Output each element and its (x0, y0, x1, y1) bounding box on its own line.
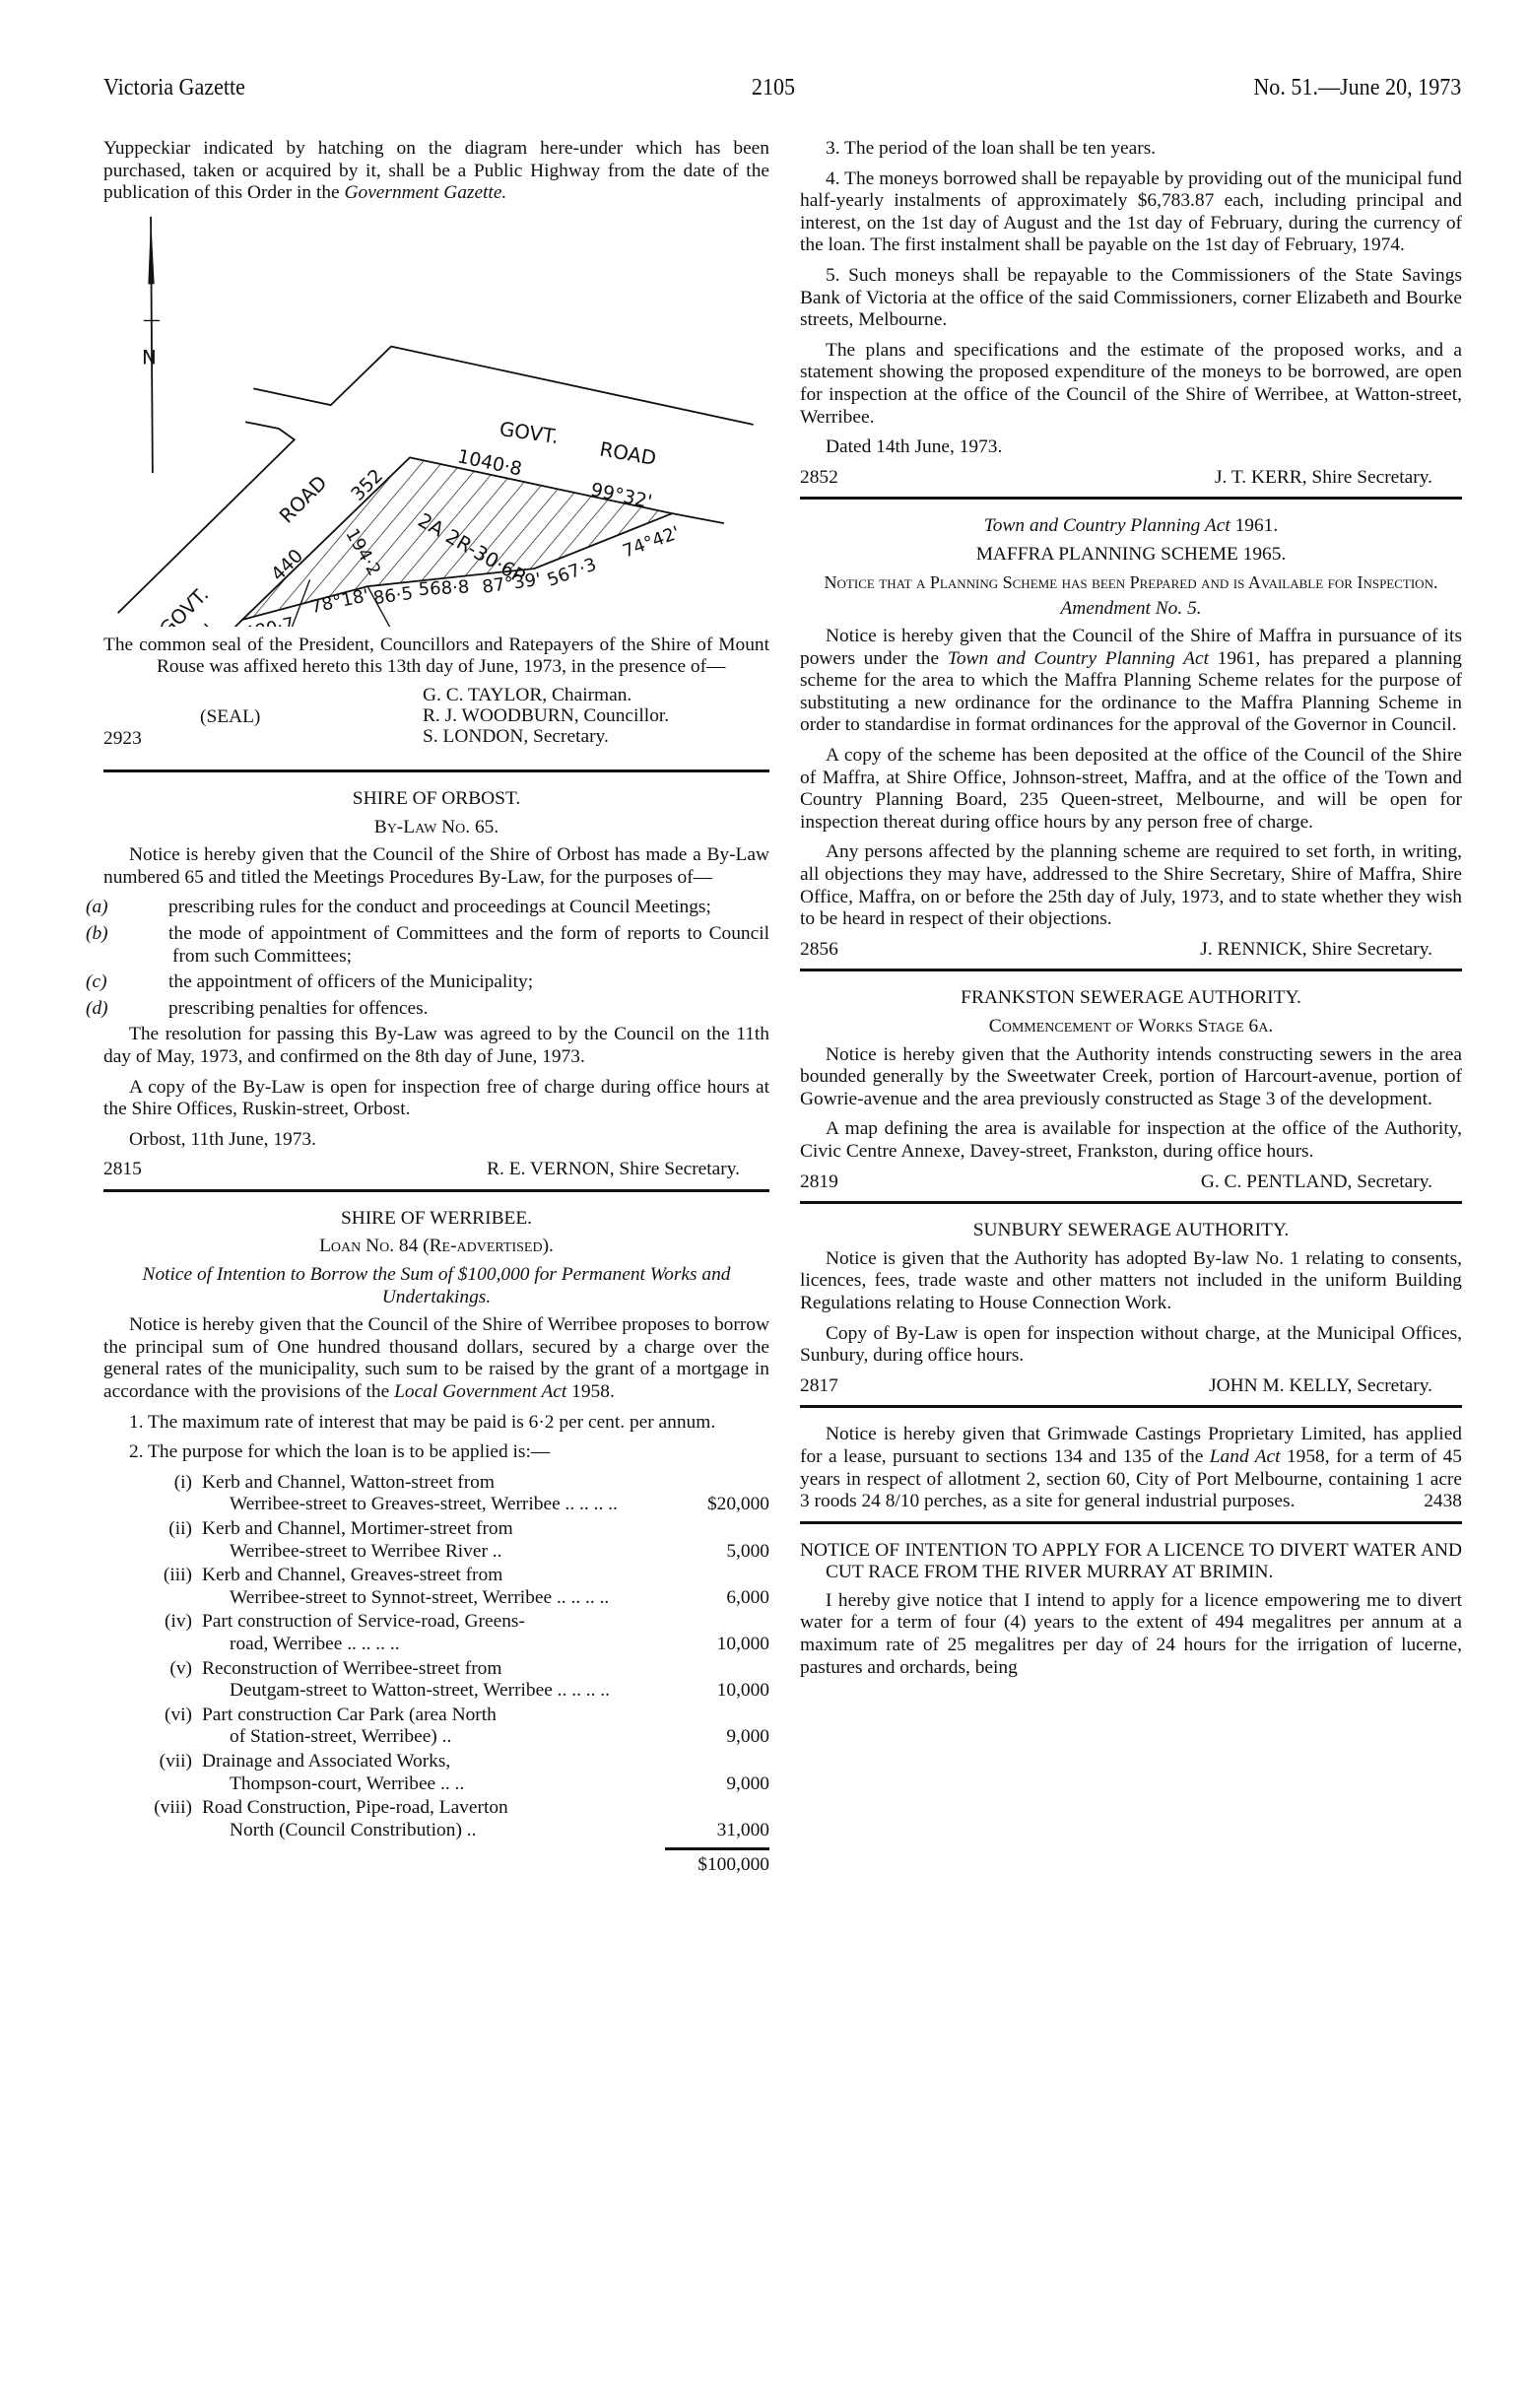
item-number: (ii) (103, 1518, 202, 1563)
notice-number: 2856 (800, 939, 838, 962)
left-column: Yuppeckiar indicated by hatching on the … (103, 138, 769, 1877)
section-divider (800, 497, 1462, 500)
list-item: (c)the appointment of officers of the Mu… (103, 971, 769, 994)
signatory: J. RENNICK, Shire Secretary. (1200, 939, 1432, 962)
item-amount: 6,000 (665, 1587, 769, 1610)
notice-subtitle: By-Law No. 65. (103, 817, 769, 839)
item-description: Kerb and Channel, Mortimer-street fromWe… (202, 1518, 665, 1563)
notice-subtitle: Loan No. 84 (Re-advertised). (103, 1236, 769, 1258)
loan-item-row: (viii)Road Construction, Pipe-road, Lave… (103, 1797, 769, 1841)
item-amount: 10,000 (665, 1680, 769, 1703)
north-arrow-icon: N (142, 217, 160, 473)
notice-paragraph: Notice is hereby given that the Council … (103, 1314, 769, 1403)
loan-item-row: (i)Kerb and Channel, Watton-street fromW… (103, 1472, 769, 1516)
notice-title: SHIRE OF WERRIBEE. (103, 1208, 769, 1231)
notice-number: 2852 (800, 467, 838, 490)
survey-plan-svg: N GOVT. ROAD ROAD GOVT. 54°28' 1040·8 99… (79, 213, 768, 627)
item-number: (vi) (103, 1705, 202, 1749)
seal-mark: (SEAL) (200, 706, 260, 729)
item-amount: 5,000 (665, 1541, 769, 1564)
signature-line: 2852 J. T. KERR, Shire Secretary. (800, 467, 1462, 490)
svg-text:ROAD: ROAD (275, 471, 331, 527)
item-number: (iii) (103, 1565, 202, 1609)
signature-line: 2817 JOHN M. KELLY, Secretary. (800, 1375, 1462, 1398)
section-divider (800, 1405, 1462, 1408)
item-number: (iv) (103, 1611, 202, 1655)
svg-text:N: N (142, 346, 157, 368)
item-description: Kerb and Channel, Greaves-street fromWer… (202, 1565, 665, 1609)
notice-subtitle: Notice that a Planning Scheme has been P… (800, 572, 1462, 592)
notice-paragraph: Notice is hereby given that the Council … (103, 844, 769, 889)
item-number: (i) (103, 1472, 202, 1516)
svg-text:GOVT.: GOVT. (499, 418, 561, 448)
section-divider (800, 969, 1462, 971)
notice-number: 2923 (103, 728, 142, 751)
amendment-label: Amendment No. 5. (800, 598, 1462, 621)
notice-paragraph: A copy of the scheme has been deposited … (800, 745, 1462, 834)
notice-heading: Notice of Intention to Borrow the Sum of… (103, 1264, 769, 1308)
notice-subtitle: Commencement of Works Stage 6a. (800, 1016, 1462, 1038)
notice-paragraph: A map defining the area is available for… (800, 1118, 1462, 1163)
right-column: 3. The period of the loan shall be ten y… (800, 138, 1462, 1687)
section-divider (103, 769, 769, 772)
item-number: (v) (103, 1658, 202, 1703)
item-description: Kerb and Channel, Watton-street fromWerr… (202, 1472, 665, 1516)
loan-item-row: (v)Reconstruction of Werribee-street fro… (103, 1658, 769, 1703)
item-description: Reconstruction of Werribee-street fromDe… (202, 1658, 665, 1703)
section-divider (800, 1201, 1462, 1204)
signatory: R. J. WOODBURN, Councillor. (423, 705, 669, 726)
notice-title: NOTICE OF INTENTION TO APPLY FOR A LICEN… (800, 1540, 1462, 1584)
item-description: Road Construction, Pipe-road, LavertonNo… (202, 1797, 665, 1841)
item-amount: 9,000 (665, 1773, 769, 1796)
notice-paragraph: Notice is given that the Authority has a… (800, 1248, 1462, 1315)
purposes-list: (a)prescribing rules for the conduct and… (103, 897, 769, 1020)
notice-paragraph: I hereby give notice that I intend to ap… (800, 1590, 1462, 1679)
signatory: J. T. KERR, Shire Secretary. (1215, 467, 1432, 490)
list-item: (b)the mode of appointment of Committees… (103, 923, 769, 968)
notice-number: 2819 (800, 1171, 838, 1194)
signature-line: 2856 J. RENNICK, Shire Secretary. (800, 939, 1462, 962)
road-plan-diagram: N GOVT. ROAD ROAD GOVT. 54°28' 1040·8 99… (103, 213, 769, 631)
notice-number: 2817 (800, 1375, 838, 1398)
page-header: Victoria Gazette 2105 No. 51.—June 20, 1… (103, 75, 1461, 108)
loan-item-row: (iii)Kerb and Channel, Greaves-street fr… (103, 1565, 769, 1609)
signatory: G. C. TAYLOR, Chairman. (423, 685, 669, 705)
signature-line: 2815 R. E. VERNON, Shire Secretary. (103, 1159, 769, 1181)
notice-paragraph: Notice is hereby given that Grimwade Cas… (800, 1424, 1462, 1512)
item-description: Drainage and Associated Works,Thompson-c… (202, 1751, 665, 1795)
svg-text:568·8: 568·8 (418, 576, 470, 600)
clause: 3. The period of the loan shall be ten y… (800, 138, 1462, 161)
clause: 5. Such moneys shall be repayable to the… (800, 265, 1462, 332)
svg-text:ROAD: ROAD (598, 437, 658, 470)
notice-date: Dated 14th June, 1973. (800, 436, 1462, 459)
notice-number: 2438 (1398, 1491, 1462, 1513)
item-amount: 10,000 (665, 1634, 769, 1656)
list-item: (a)prescribing rules for the conduct and… (103, 897, 769, 919)
svg-text:86·5: 86·5 (372, 583, 415, 609)
notice-paragraph: The plans and specifications and the est… (800, 340, 1462, 429)
loan-item-row: (vii)Drainage and Associated Works,Thomp… (103, 1751, 769, 1795)
clause: 1. The maximum rate of interest that may… (103, 1412, 769, 1435)
item-description: Part construction Car Park (area Northof… (202, 1705, 665, 1749)
notice-paragraph: A copy of the By-Law is open for inspect… (103, 1077, 769, 1121)
signature-line: 2819 G. C. PENTLAND, Secretary. (800, 1171, 1462, 1194)
page-number: 2105 (752, 75, 795, 101)
notice-title: FRANKSTON SEWERAGE AUTHORITY. (800, 987, 1462, 1010)
loan-item-row: (vi)Part construction Car Park (area Nor… (103, 1705, 769, 1749)
notice-paragraph: Copy of By-Law is open for inspection wi… (800, 1323, 1462, 1368)
loan-total-row: $100,000 (103, 1843, 769, 1877)
notice-title: MAFFRA PLANNING SCHEME 1965. (800, 544, 1462, 567)
loan-item-row: (iv)Part construction of Service-road, G… (103, 1611, 769, 1655)
item-amount: 31,000 (665, 1820, 769, 1842)
signatory: R. E. VERNON, Shire Secretary. (487, 1159, 740, 1181)
act-reference: Town and Country Planning Act 1961. (800, 515, 1462, 538)
item-description: Part construction of Service-road, Green… (202, 1611, 665, 1655)
loan-item-row: (ii)Kerb and Channel, Mortimer-street fr… (103, 1518, 769, 1563)
item-amount: $20,000 (665, 1494, 769, 1516)
section-divider (103, 1189, 769, 1192)
notice-paragraph: Notice is hereby given that the Council … (800, 626, 1462, 737)
publication-title: Victoria Gazette (103, 75, 245, 101)
signatory: G. C. PENTLAND, Secretary. (1201, 1171, 1432, 1194)
signatory: JOHN M. KELLY, Secretary. (1209, 1375, 1432, 1398)
seal-statement: The common seal of the President, Counci… (103, 635, 769, 679)
issue-date: No. 51.—June 20, 1973 (1253, 75, 1461, 101)
notice-paragraph: The resolution for passing this By-Law w… (103, 1024, 769, 1068)
item-amount: 9,000 (665, 1726, 769, 1749)
seal-signatures: G. C. TAYLOR, Chairman. R. J. WOODBURN, … (103, 685, 769, 762)
item-number: (vii) (103, 1751, 202, 1795)
notice-paragraph: Any persons affected by the planning sch… (800, 841, 1462, 930)
loan-items-table: (i)Kerb and Channel, Watton-street fromW… (103, 1472, 769, 1842)
loan-total: $100,000 (665, 1847, 769, 1877)
road-order-intro: Yuppeckiar indicated by hatching on the … (103, 138, 769, 205)
notice-title: SUNBURY SEWERAGE AUTHORITY. (800, 1220, 1462, 1242)
list-item: (d)prescribing penalties for offences. (103, 998, 769, 1021)
clause: 4. The moneys borrowed shall be repayabl… (800, 168, 1462, 257)
notice-date: Orbost, 11th June, 1973. (103, 1129, 769, 1152)
notice-number: 2815 (103, 1159, 142, 1181)
notice-title: SHIRE OF ORBOST. (103, 788, 769, 811)
clause: 2. The purpose for which the loan is to … (103, 1441, 769, 1464)
section-divider (800, 1521, 1462, 1524)
item-number: (viii) (103, 1797, 202, 1841)
signatory: S. LONDON, Secretary. (423, 726, 669, 747)
notice-paragraph: Notice is hereby given that the Authorit… (800, 1044, 1462, 1111)
